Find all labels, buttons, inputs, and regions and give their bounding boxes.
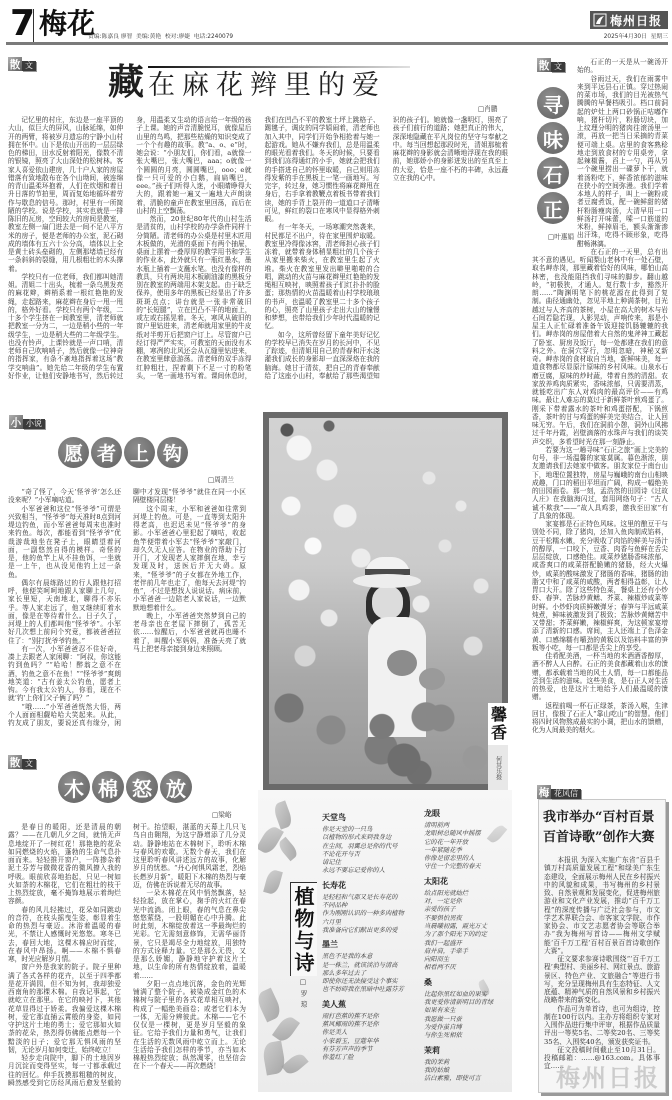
leaf-decoration — [276, 837, 299, 862]
photo-figure-face — [372, 586, 403, 619]
leaf-decoration — [272, 800, 294, 829]
poem-body: 雨打芭蕉的蕉不是你 蕉风椰雨的蕉不是你 你是美人 小家碧玉，豆蔻年华 有芬芳声声… — [322, 1013, 406, 1063]
fiction-title: 愿 者 上 钩 — [58, 437, 190, 469]
photo-foreground-rose — [419, 668, 445, 690]
poem-body: 给点阳光就灿烂 对，一定是你 亲爱的孩子 不要惧怕黑夜 当晨曦初露，霞光万丈 为… — [424, 890, 508, 973]
label-first-char: 散 — [537, 58, 551, 72]
poem-body: 比起你黑红如血的果实 我更爱你清新明目的青绿 如果有来生 我愿做一只蚕 为爱作茧… — [424, 991, 508, 1041]
article-author: □肖鹏 — [478, 103, 497, 113]
section-label-essay: 散 文 — [537, 58, 565, 72]
right-essay-author: □叶惠娟 — [548, 231, 574, 241]
header-divider — [33, 9, 34, 42]
leaf-decoration — [281, 1051, 308, 1077]
paragraph: 春的风儿轻拂过，花朵如同跳动的音符，在枝头摇曳生姿，彰显着生命的热烈与豪迈。沐浴… — [8, 906, 121, 964]
label-first-char: 散 — [8, 57, 22, 71]
paragraph: 本报讯 为深入实施广东省“百县千镇万村高质量发展工程”和绿美广东生态建设，全面展… — [544, 856, 660, 955]
paragraph: 一朵木棉花在风中悄然飘落，轻轻捡起，放在掌心，掬手的火红在春光中流淌。闭上眼，春… — [133, 889, 246, 980]
right-essay: 散 文 寻 味 石 正 □叶惠娟 石正的一天是从一碗汤开始的。 谷雨过天，我们在… — [532, 58, 668, 764]
page-number: 7 — [10, 4, 35, 44]
header-rule — [6, 42, 668, 45]
paragraph: 有一年冬天，一场寒潮突然袭来，村民都足不出户，待在家里围炉取暖。教室里冷得像冰窖… — [265, 223, 380, 330]
poem: 美人蕉雨打芭蕉的蕉不是你 蕉风椰雨的蕉不是你 你是美人 小家碧玉，豆蔻年华 有芬… — [322, 999, 406, 1063]
kapok-body: 是春日的暖阳，还是清晨的朝露？——在几朝几夕之间，就悄无声息地绽开了一树红花！那… — [8, 823, 246, 1095]
paragraph: 这个周末，小军和爸爸如往常到河堤上钓鱼。可是，一直等到太阳升得老高，也迟迟未见“… — [133, 505, 246, 612]
title-char-circle: 者 — [91, 437, 122, 468]
paragraph: 有一次，小军爸爸忍不住好奇，凑上去跟老人家闲聊：“阿叔，你这能钓到鱼吗？”“哈哈… — [8, 645, 121, 703]
title-char-circle: 愿 — [58, 437, 89, 468]
news-box: 我市举办“百村百景 百首诗歌”创作大赛 本报讯 为深入实施广东省“百县千镇万村高… — [538, 799, 666, 1093]
paragraph: “奇了怪了，今天‘怪爷爷’怎么还没来呢？”小军嘀咕道。 — [8, 488, 121, 505]
section-label-essay: 散 文 — [8, 57, 36, 71]
section-name: 梅花 — [39, 6, 95, 42]
newspaper-name: 梅州日报 — [610, 12, 662, 29]
poem-title: 天堂鸟 — [322, 812, 406, 822]
poem: 天堂鸟你是天堂的一只鸟 以植物的形式来到我身边 在尘间，羽翼总是你的代号 不论花… — [322, 812, 406, 876]
article-body: 记忆里的村庄，东边是一座平顶的大山，似巨大的屏风，山脉延绵，如伸开的两臂，将被岁… — [8, 116, 508, 388]
poem-body: 黑色不是我的本意 是一株兰，就该淡泊与清高 那么多年过去了 即使你还无法接受这个… — [322, 953, 406, 994]
photo-credit: 何其乐摄 — [488, 745, 508, 790]
poem-body: 清明前两 龙眼树总随风中摇摆 它的花一年开放 一年紧随花季 你像是留恋里的人 守… — [424, 822, 508, 872]
leaf-decoration — [263, 869, 283, 896]
title-char-circle: 寻 — [537, 87, 569, 119]
photo-frame: 馨香 何其乐摄 — [263, 412, 508, 790]
poem: 墨兰黑色不是我的本意 是一株兰，就该淡泊与清高 那么多年过去了 即使你还无法接受… — [322, 939, 406, 994]
watermark: 梅州日报 — [556, 1058, 660, 1093]
photo-foreground-leaves — [349, 688, 459, 784]
title-char-circle: 正 — [537, 192, 569, 224]
paragraph: 小军爸爸和这位“怪爷爷”可谓是兴致相当，“怪爷爷”每天准时8点到河堤边钓鱼，而小… — [8, 505, 121, 579]
issue-date: 2025年4月30日 星期三 — [604, 31, 668, 40]
news-body: 本报讯 为深入实施广东省“百县千镇万村高质量发展工程”和绿美广东生态建设，全面展… — [539, 854, 665, 1082]
poetry-author: □罗琼 — [298, 978, 308, 1011]
article-title-rest: 在麻花辫里的爱 — [148, 70, 386, 101]
poem: 长寿花是轻轻和气那又是长寿花的 不同品种 作为刚刚认识的一种多肉植物 六月里 我… — [322, 880, 406, 935]
title-char-circle: 上 — [124, 437, 155, 468]
title-char-circle: 怒 — [126, 771, 158, 803]
label-rest: 文 — [22, 759, 36, 769]
paragraph: 作品可为单首诗，也可为组诗，控制在100行以内。主办方将组织专家对入围作品进行集… — [544, 1005, 660, 1046]
poem-title: 茉莉 — [424, 1045, 508, 1055]
kapok-title: 木 棉 怒 放 — [58, 771, 194, 805]
paragraph: 若要为这一趟寻味“石正之旅”画上完美的句号，非一场温馨的家宴莫属。暮色渐浓，朋友… — [532, 446, 668, 520]
poem-body: 你是天堂的一只鸟 以植物的形式来到我身边 在尘间，羽翼总是你的代号 不论花开与否… — [322, 826, 406, 876]
poem: 桑比起你黑红如血的果实 我更爱你清新明目的青绿 如果有来生 我愿做一只蚕 为爱作… — [424, 977, 508, 1041]
news-headline-line1: 我市举办“百村百景 — [543, 808, 662, 828]
paragraph: 窗户外是我家的院子。院子里种满了各式各样的花卉，以至于四季都是花开满园，但不知为… — [8, 963, 121, 1054]
credits-line: 责编:陈嘉良 廖智 美编:黄艳 校对:廖婕 电话:2240079 — [88, 31, 233, 40]
kapok-author: □梁峪 — [212, 809, 231, 819]
paragraph: 家宴都是石正特色风味。这里的酿豆干与别处不同，除了猪肉，还加入鱼肉制成馅料，豆干… — [532, 520, 668, 652]
article-title-first-char: 藏 — [108, 61, 144, 103]
fiction-author: □周清兰 — [208, 474, 234, 484]
poem: 太阳花给点阳光就灿烂 对，一定是你 亲爱的孩子 不要惧怕黑夜 当晨曦初露，霞光万… — [424, 876, 508, 973]
photo-figure-hat-brim — [353, 574, 421, 588]
paragraph: 记忆里的村庄，东边是一座平顶的大山，似巨大的屏风，山脉延绵，如伸开的两臂，将被岁… — [8, 116, 123, 273]
section-label-news: 梅 花风信 — [537, 785, 581, 799]
leaf-decoration — [258, 988, 283, 1023]
title-char-circle: 棉 — [92, 771, 124, 803]
poem-title: 太阳花 — [424, 876, 508, 886]
poem-columns: 天堂鸟你是天堂的一只鸟 以植物的形式来到我身边 在尘间，羽翼总是你的代号 不论花… — [322, 808, 508, 1088]
leaf-decoration — [261, 1041, 286, 1076]
paragraph: 晚上，小军爸爸突然梦到自己的老母亲也在老屋下摔倒了，孤苦无依……惊醒后，小军爸爸… — [133, 612, 246, 653]
newspaper-logo: 梅州日报 — [590, 11, 668, 29]
title-char-circle: 钩 — [157, 437, 188, 468]
paragraph: 征文要求参赛诗歌围绕“‘百千万工程’典型村、美丽乡村、网红景点、旅游景区、特色产… — [544, 955, 660, 1005]
paragraph: 返程前喝一杯石正绿茶，茶汤入喉，生津回甘，像极了石正人“靠山吃山”的智慧。他们将… — [532, 702, 668, 735]
right-essay-header: 散 文 寻 味 石 正 □叶惠娟 — [532, 58, 577, 254]
paragraph: 在石正的一天里，总有出其不意的遇见。听闻梨山老林中有一处石壁，取名岬赤岗，那里藏… — [532, 248, 668, 446]
section-label-fiction: 小 小说 — [9, 415, 45, 429]
poem-title: 长寿花 — [322, 880, 406, 890]
leaf-decoration — [272, 1014, 300, 1044]
label-rest: 文 — [22, 61, 36, 71]
title-char-circle: 放 — [160, 771, 192, 803]
title-char-circle: 石 — [537, 157, 569, 189]
title-char-circle: 木 — [58, 771, 90, 803]
section-label-essay: 散 文 — [8, 755, 36, 769]
label-rest: 花风信 — [551, 789, 581, 799]
paragraph: 佳肴配美酒，一杯当地的米酒酒香醇厚，酒不醉人人自醉。石正的美食都藏着山水的馈赠，… — [532, 652, 668, 702]
poem-title: 桑 — [424, 977, 508, 987]
label-first-char: 小 — [9, 415, 23, 429]
label-rest: 文 — [551, 62, 565, 72]
photo-caption: 馨香 — [488, 703, 508, 745]
paragraph: 偶尔有晨练路过的行人跟他打招呼，他便笑呵呵地跟人家聊上几句，家长里短，天南地北，… — [8, 579, 121, 645]
paragraph: 夕阳一点点地沉落，金色的光辉铺满了整个院子。被染成金红色的木棉树与院子里的各式花… — [133, 980, 246, 1071]
newspaper-logo-icon — [593, 13, 607, 27]
poem-title: 龙眼 — [424, 808, 508, 818]
poem-title: 墨兰 — [322, 939, 406, 949]
article-title: 藏在麻花辫里的爱 — [108, 62, 386, 106]
photo-foreground-rose — [387, 650, 417, 676]
label-rest: 小说 — [23, 419, 45, 429]
poem: 龙眼清明前两 龙眼树总随风中摇摆 它的花一年开放 一年紧随花季 你像是留恋里的人… — [424, 808, 508, 872]
fiction-body: “奇了怪了，今天‘怪爷爷’怎么还没来呢？”小军嘀咕道。 小军爸爸和这位“怪爷爷”… — [8, 488, 246, 730]
news-headline-line2: 百首诗歌”创作大赛 — [543, 828, 662, 848]
news-headline: 我市举办“百村百景 百首诗歌”创作大赛 — [539, 800, 665, 854]
paragraph: 是春日的暖阳，还是清晨的朝露？——在几朝几夕之间，就悄无声息地绽开了一树红花！那… — [8, 823, 121, 906]
poetry-panel: 植物与诗 □罗琼 天堂鸟你是天堂的一只鸟 以植物的形式来到我身边 在尘间，羽翼总… — [258, 790, 512, 1092]
photo-flowers-woman — [269, 418, 502, 784]
label-first-char: 散 — [8, 755, 22, 769]
title-char-circle: 味 — [537, 122, 569, 154]
poem-title: 美人蕉 — [322, 999, 406, 1009]
poetry-title: 植物与诗 — [290, 882, 317, 976]
label-first-char: 梅 — [537, 785, 551, 799]
poem-body: 是轻轻和气那又是长寿花的 不同品种 作为刚刚认识的一种多肉植物 六月里 我准备向… — [322, 894, 406, 935]
